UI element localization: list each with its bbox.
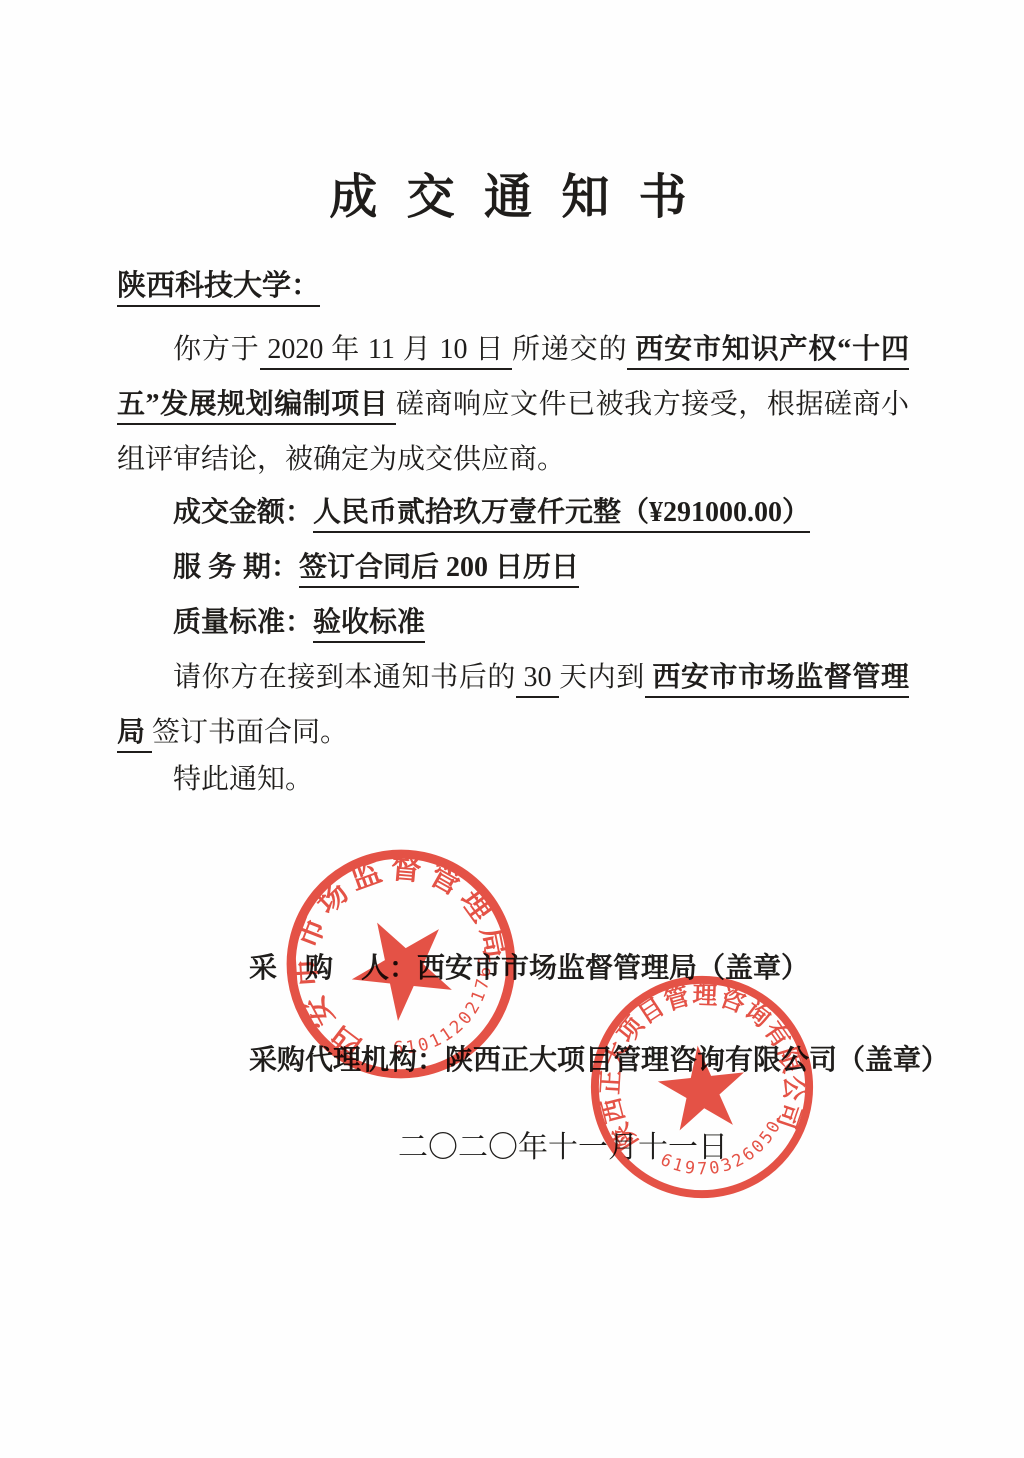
service-period-label: 服 务 期：	[173, 552, 299, 583]
document-title: 成 交 通 知 书	[0, 158, 1024, 227]
field-award-amount: 成交金额：人民币贰拾玖万壹仟元整（¥291000.00）	[173, 490, 810, 530]
days-to-sign: 30	[516, 662, 559, 698]
issue-date: 二〇二〇年十一月十一日	[398, 1122, 728, 1166]
award-amount-label: 成交金额：	[173, 497, 313, 528]
buyer-label: 采 购 人：	[249, 953, 417, 984]
field-quality-standard: 质量标准：验收标准	[173, 600, 425, 640]
field-service-period: 服 务 期：签订合同后 200 日历日	[173, 545, 579, 585]
salutation: 陕西科技大学：	[117, 263, 320, 304]
service-period-value: 签订合同后 200 日历日	[299, 552, 579, 588]
agency-signature-line: 采购代理机构：陕西正大项目管理咨询有限公司（盖章）	[249, 1038, 949, 1078]
recipient-name: 陕西科技大学：	[117, 270, 320, 307]
agency-label: 采购代理机构：	[249, 1045, 445, 1076]
para1-lead: 你方于	[173, 334, 260, 365]
agency-stamp: 陕西正大项目管理咨询有限公司 61970326050	[583, 968, 821, 1206]
award-amount-value: 人民币贰拾玖万壹仟元整（¥291000.00）	[313, 497, 810, 533]
buyer-value: 西安市市场监督管理局（盖章）	[417, 953, 809, 984]
para1-mid: 所递交的	[512, 334, 627, 365]
paragraph-acceptance: 你方于 2020 年 11 月 10 日 所递交的 西安市知识产权“十四五”发展…	[117, 322, 909, 487]
buyer-signature-line: 采 购 人：西安市市场监督管理局（盖章）	[249, 946, 809, 986]
agency-value: 陕西正大项目管理咨询有限公司（盖章）	[445, 1045, 949, 1076]
quality-standard-label: 质量标准：	[173, 607, 313, 638]
closing-notice: 特此通知。	[173, 757, 313, 797]
scanned-notice-page: 成 交 通 知 书 陕西科技大学： 你方于 2020 年 11 月 10 日 所…	[0, 0, 1024, 1458]
quality-standard-value: 验收标准	[313, 607, 425, 643]
para2-tail: 签订书面合同。	[152, 717, 348, 748]
paragraph-contract-signing: 请你方在接到本通知书后的 30 天内到 西安市市场监督管理局 签订书面合同。	[117, 650, 909, 760]
stamp-ring	[584, 969, 819, 1204]
agency-stamp-graphic: 陕西正大项目管理咨询有限公司 61970326050	[583, 968, 821, 1206]
submission-date: 2020 年 11 月 10 日	[260, 334, 512, 370]
para2-mid: 天内到	[559, 662, 645, 693]
para2-lead: 请你方在接到本通知书后的	[173, 662, 516, 693]
